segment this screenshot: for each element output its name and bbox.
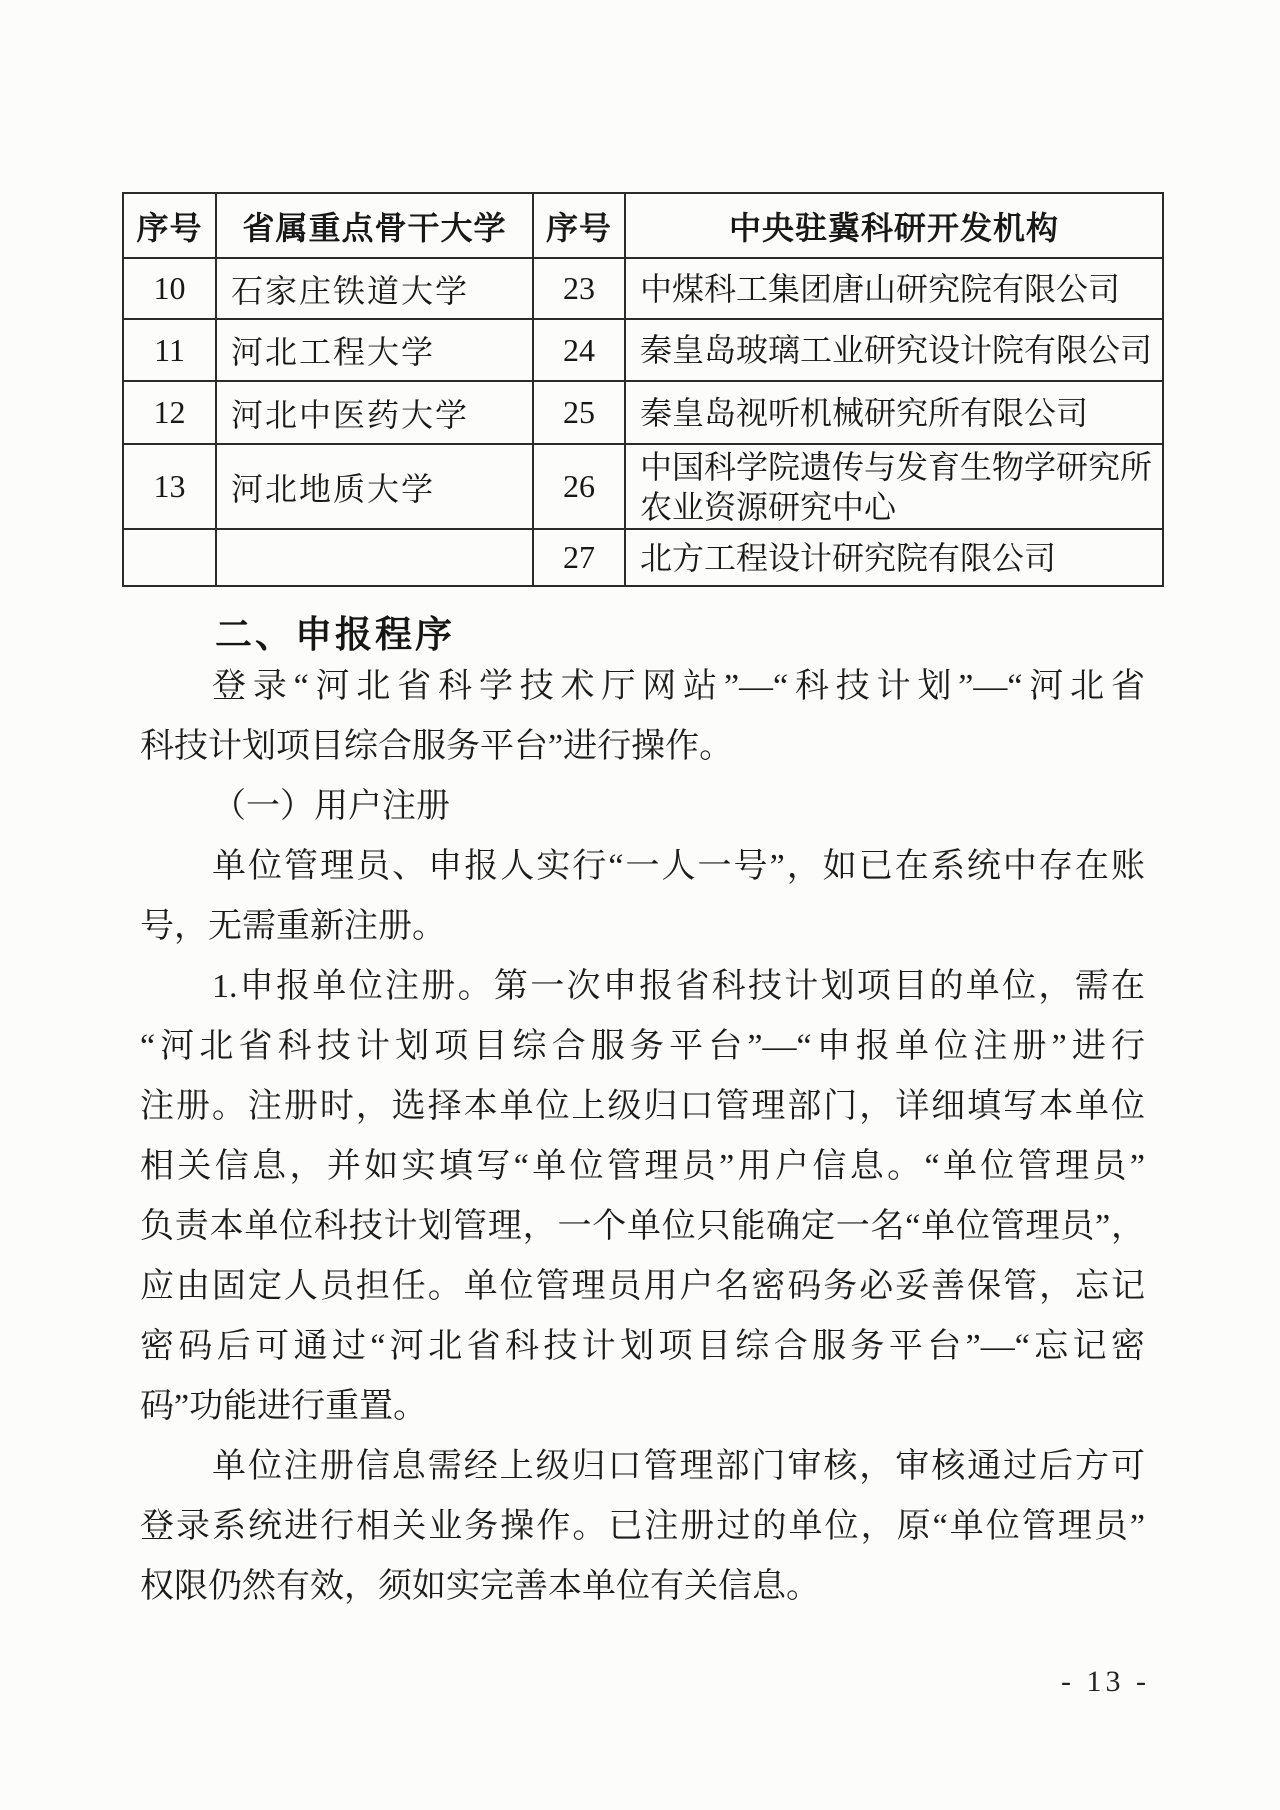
cell-university: 石家庄铁道大学 xyxy=(216,258,533,319)
table-header-institutes: 中央驻冀科研开发机构 xyxy=(625,193,1163,258)
body-line: 相关信息，并如实填写“单位管理员”用户信息。“单位管理员” xyxy=(140,1137,1145,1197)
table-header-serial-left: 序号 xyxy=(123,193,216,258)
cell-university: 河北工程大学 xyxy=(216,319,533,381)
body-line: （一）用户注册 xyxy=(140,777,1145,837)
body-text: 登录“河北省科学技术厅网站”—“科技计划”—“河北省 科技计划项目综合服务平台”… xyxy=(140,657,1145,1617)
cell-serial-left: 11 xyxy=(123,319,216,381)
cell-serial-right: 25 xyxy=(533,381,625,444)
table-header-row: 序号 省属重点骨干大学 序号 中央驻冀科研开发机构 xyxy=(123,193,1163,258)
cell-institute: 中煤科工集团唐山研究院有限公司 xyxy=(625,258,1163,319)
body-line: 单位注册信息需经上级归口管理部门审核，审核通过后方可 xyxy=(140,1437,1145,1497)
cell-university: 河北中医药大学 xyxy=(216,381,533,444)
cell-serial-left: 13 xyxy=(123,444,216,529)
body-line: 密码后可通过“河北省科技计划项目综合服务平台”—“忘记密 xyxy=(140,1317,1145,1377)
cell-university: 河北地质大学 xyxy=(216,444,533,529)
body-line: 负责本单位科技计划管理，一个单位只能确定一名“单位管理员”， xyxy=(140,1197,1145,1257)
cell-institute: 北方工程设计研究院有限公司 xyxy=(625,529,1163,586)
body-line: 号，无需重新注册。 xyxy=(140,897,1145,957)
table-header-universities: 省属重点骨干大学 xyxy=(216,193,533,258)
body-line: 码”功能进行重置。 xyxy=(140,1377,1145,1437)
body-line: 登录“河北省科学技术厅网站”—“科技计划”—“河北省 xyxy=(140,657,1145,717)
section-heading: 二、申报程序 xyxy=(215,611,455,659)
table-row: 12 河北中医药大学 25 秦皇岛视听机械研究所有限公司 xyxy=(123,381,1163,444)
cell-university xyxy=(216,529,533,586)
body-line: 单位管理员、申报人实行“一人一号”，如已在系统中存在账 xyxy=(140,837,1145,897)
cell-serial-left: 10 xyxy=(123,258,216,319)
institutions-table: 序号 省属重点骨干大学 序号 中央驻冀科研开发机构 10 石家庄铁道大学 23 … xyxy=(122,192,1164,587)
document-page: 序号 省属重点骨干大学 序号 中央驻冀科研开发机构 10 石家庄铁道大学 23 … xyxy=(0,0,1280,1810)
cell-institute: 秦皇岛视听机械研究所有限公司 xyxy=(625,381,1163,444)
body-line: 注册。注册时，选择本单位上级归口管理部门，详细填写本单位 xyxy=(140,1077,1145,1137)
body-line: 科技计划项目综合服务平台”进行操作。 xyxy=(140,717,1145,777)
body-line: 登录系统进行相关业务操作。已注册过的单位，原“单位管理员” xyxy=(140,1497,1145,1557)
cell-institute: 秦皇岛玻璃工业研究设计院有限公司 xyxy=(625,319,1163,381)
cell-serial-left xyxy=(123,529,216,586)
cell-serial-right: 26 xyxy=(533,444,625,529)
table-header-serial-right: 序号 xyxy=(533,193,625,258)
page-number: - 13 - xyxy=(930,1665,1150,1699)
body-line: 1.申报单位注册。第一次申报省科技计划项目的单位，需在 xyxy=(140,957,1145,1017)
cell-serial-right: 24 xyxy=(533,319,625,381)
cell-institute: 中国科学院遗传与发育生物学研究所 农业资源研究中心 xyxy=(625,444,1163,529)
body-line: 应由固定人员担任。单位管理员用户名密码务必妥善保管，忘记 xyxy=(140,1257,1145,1317)
cell-serial-left: 12 xyxy=(123,381,216,444)
cell-serial-right: 23 xyxy=(533,258,625,319)
cell-serial-right: 27 xyxy=(533,529,625,586)
table-row: 11 河北工程大学 24 秦皇岛玻璃工业研究设计院有限公司 xyxy=(123,319,1163,381)
table-row: 10 石家庄铁道大学 23 中煤科工集团唐山研究院有限公司 xyxy=(123,258,1163,319)
table-row: 13 河北地质大学 26 中国科学院遗传与发育生物学研究所 农业资源研究中心 xyxy=(123,444,1163,529)
body-line: “河北省科技计划项目综合服务平台”—“申报单位注册”进行 xyxy=(140,1017,1145,1077)
table-row: 27 北方工程设计研究院有限公司 xyxy=(123,529,1163,586)
body-line: 权限仍然有效，须如实完善本单位有关信息。 xyxy=(140,1557,1145,1617)
